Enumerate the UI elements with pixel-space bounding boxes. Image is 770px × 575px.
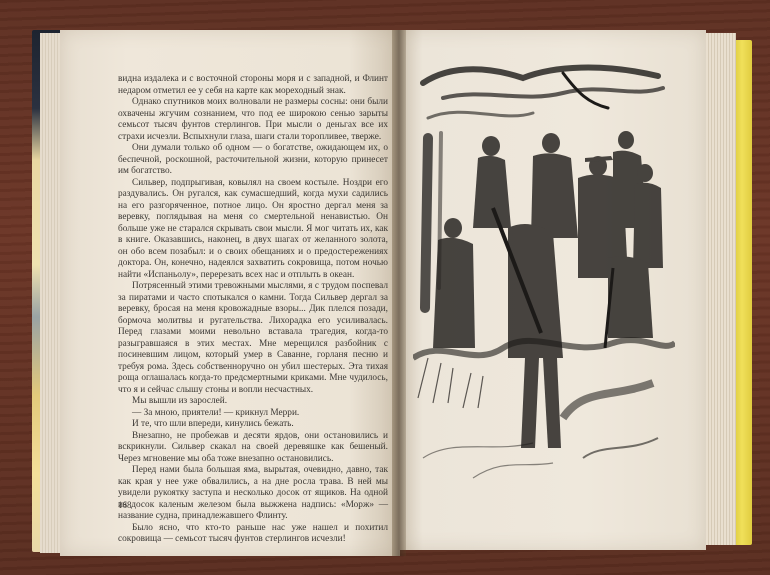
paragraph: Они думали только об одном — о богатстве… (118, 143, 388, 178)
pirates-in-forest-illustration (413, 58, 675, 483)
paragraph: Было ясно, что кто-то раньше нас уже наш… (118, 523, 388, 546)
paragraph: Потрясенный этими тревожными мыслями, я … (118, 281, 388, 396)
paragraph: Внезапно, не пробежав и десяти ярдов, он… (118, 431, 388, 466)
paragraph: Мы вышли из зарослей. (118, 396, 388, 408)
paragraph: Перед нами была большая яма, вырытая, оч… (118, 465, 388, 523)
paragraph: Сильвер, подпрыгивая, ковылял на своем к… (118, 178, 388, 282)
paragraph: Однако спутников моих волновали не разме… (118, 97, 388, 143)
left-page-text: видна издалека и с восточной стороны мор… (118, 74, 388, 546)
book-gutter (392, 30, 406, 556)
paragraph: И те, что шли впереди, кинулись бежать. (118, 419, 388, 431)
paragraph: — За мною, приятели! — крикнул Мерри. (118, 408, 388, 420)
page-number: 168 (118, 500, 132, 510)
paragraph: видна издалека и с восточной стороны мор… (118, 74, 388, 97)
